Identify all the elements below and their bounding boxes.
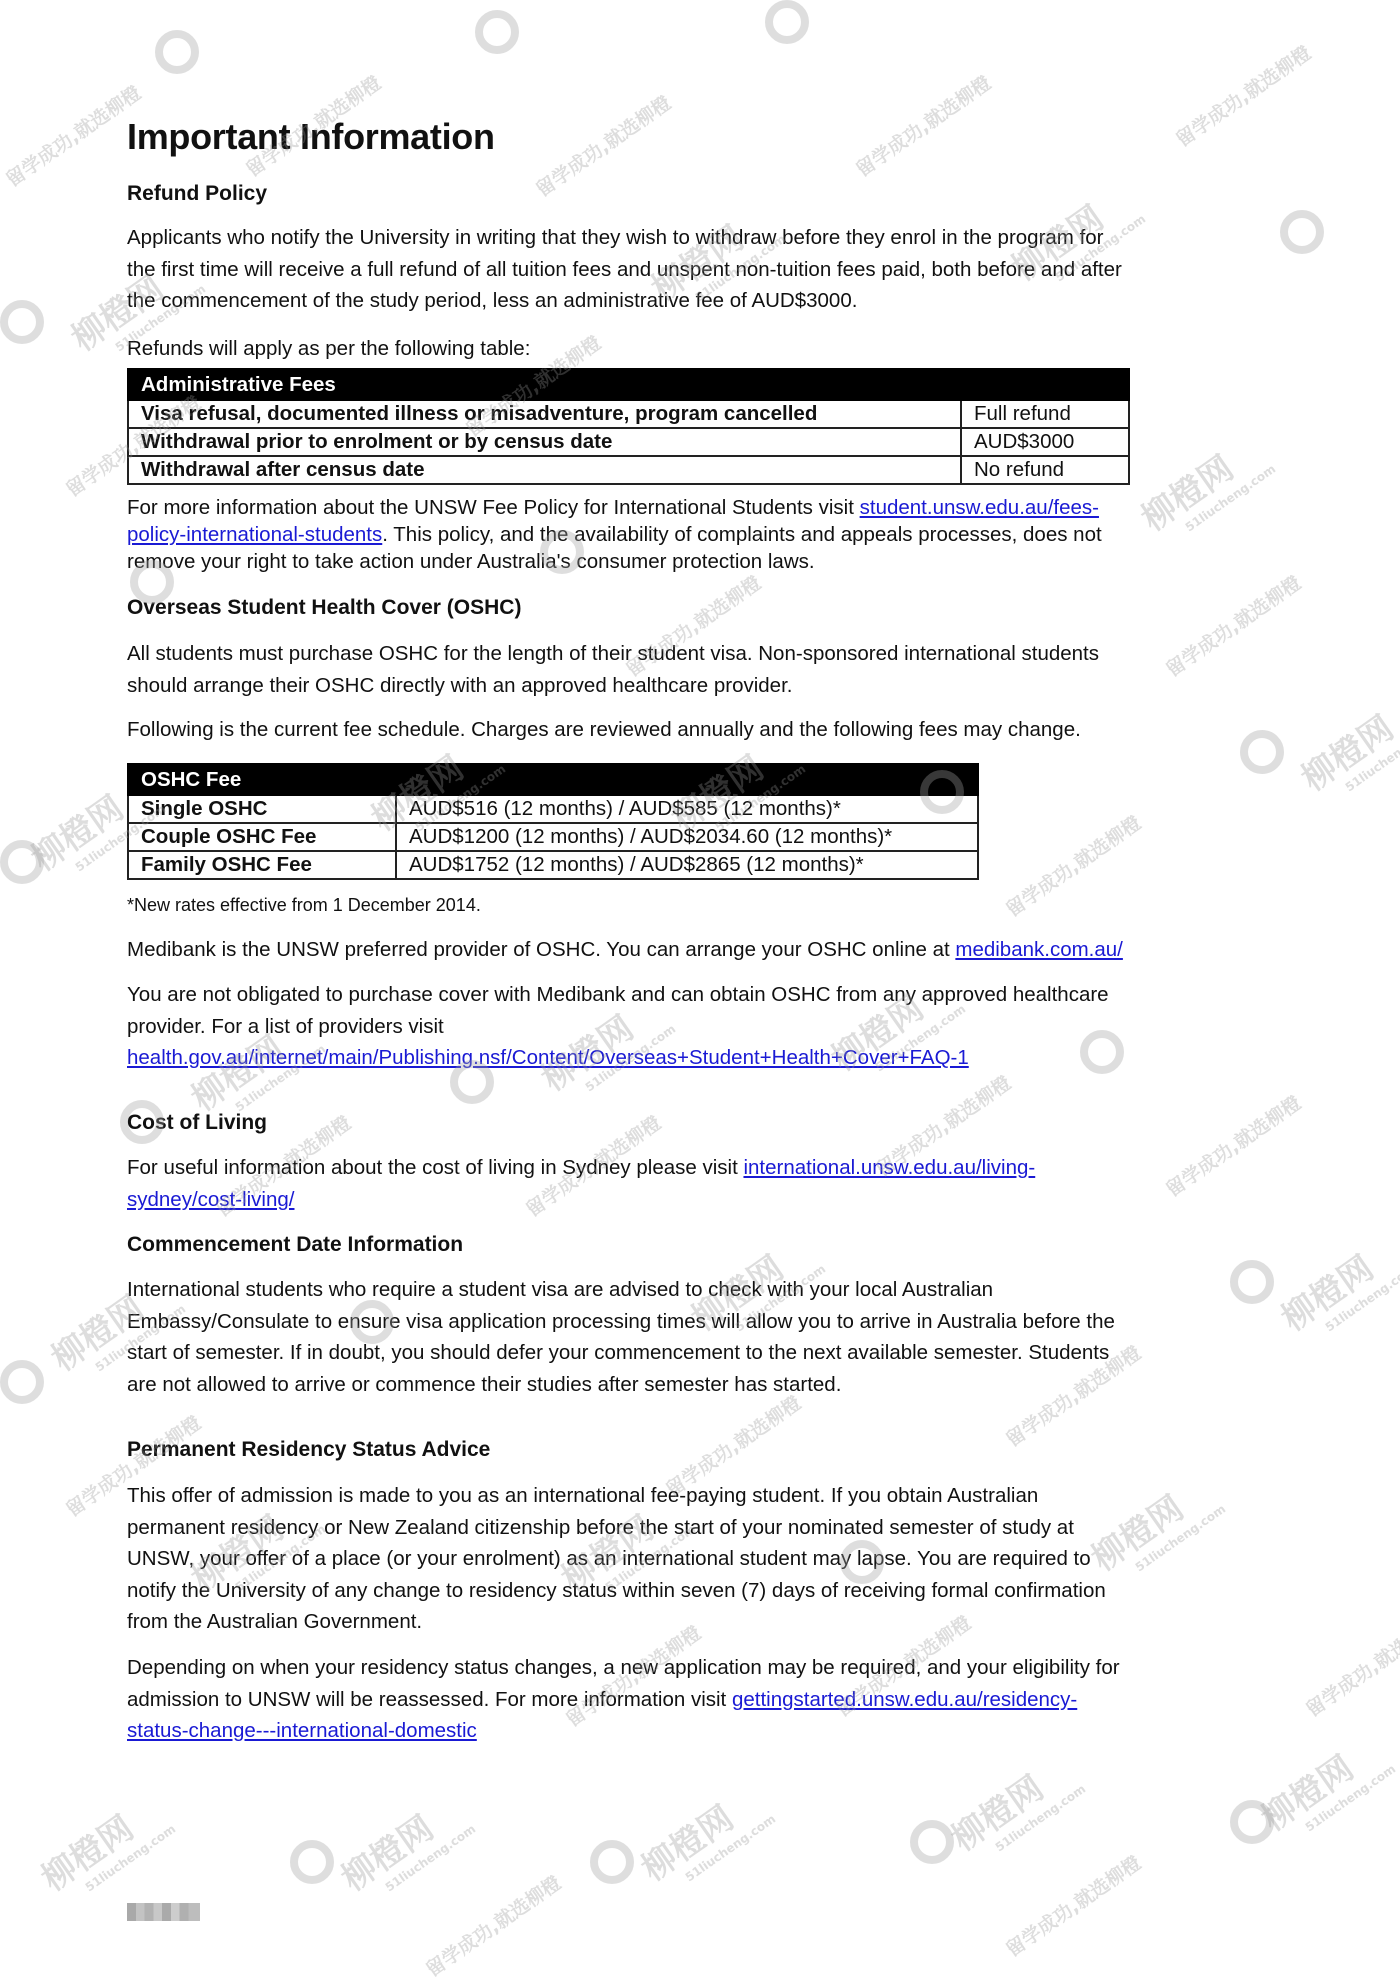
table-header-row: Administrative Fees [128, 369, 1129, 400]
watermark-slogan: 留学成功,就选柳橙 [1160, 1089, 1306, 1202]
watermark-logo-icon [290, 1840, 334, 1884]
watermark-logo-icon [590, 1840, 634, 1884]
text-line: notify the University of any change to r… [127, 1575, 1106, 1607]
watermark-brand: 柳橙网51liucheng.com [1290, 682, 1400, 812]
residency-heading: Permanent Residency Status Advice [127, 1438, 490, 1462]
table-row: Family OSHC Fee AUD$1752 (12 months) / A… [128, 851, 978, 879]
watermark-brand: 柳橙网51liucheng.com [940, 1742, 1088, 1872]
oshc-heading: Overseas Student Health Cover (OSHC) [127, 596, 521, 620]
redacted-page-number [127, 1903, 200, 1921]
watermark-logo-icon [765, 0, 809, 44]
cost-of-living-link[interactable]: international.unsw.edu.au/living- [743, 1156, 1035, 1179]
health-providers-link[interactable]: health.gov.au/internet/main/Publishing.n… [127, 1046, 969, 1069]
residency-change-paragraph: Depending on when your residency status … [127, 1652, 1120, 1747]
table-row: Couple OSHC Fee AUD$1200 (12 months) / A… [128, 823, 978, 851]
watermark-logo-icon [0, 1360, 44, 1404]
fee-policy-link-continued[interactable]: policy-international-students [127, 523, 382, 546]
refund-fees-table: Administrative Fees Visa refusal, docume… [127, 368, 1130, 485]
commencement-heading: Commencement Date Information [127, 1233, 463, 1257]
text-line: This offer of admission is made to you a… [127, 1480, 1106, 1512]
residency-status-link[interactable]: gettingstarted.unsw.edu.au/residency- [732, 1688, 1077, 1711]
residency-paragraph: This offer of admission is made to you a… [127, 1480, 1106, 1638]
text-line: For more information about the UNSW Fee … [127, 494, 1102, 521]
text-line: For useful information about the cost of… [127, 1152, 1035, 1184]
oshc-paragraph: All students must purchase OSHC for the … [127, 638, 1099, 701]
text-line: International students who require a stu… [127, 1274, 1115, 1306]
watermark-brand: 柳橙网51liucheng.com [1270, 1222, 1400, 1352]
watermark-logo-icon [1230, 1260, 1274, 1304]
text-line: from the Australian Government. [127, 1606, 1106, 1638]
watermark-logo-icon [910, 1820, 954, 1864]
text-line: UNSW, your offer of a place (or your enr… [127, 1543, 1106, 1575]
text-line: admission to UNSW will be reassessed. Fo… [127, 1684, 1120, 1716]
watermark-brand: 柳橙网51liucheng.com [1250, 1722, 1398, 1852]
oshc-type: Single OSHC [128, 795, 396, 823]
table-row: Single OSHC AUD$516 (12 months) / AUD$58… [128, 795, 978, 823]
providers-paragraph: You are not obligated to purchase cover … [127, 979, 1109, 1074]
watermark-logo-icon [155, 30, 199, 74]
text-line: Applicants who notify the University in … [127, 222, 1122, 254]
watermark-logo-icon [1240, 730, 1284, 774]
refund-policy-paragraph: Applicants who notify the University in … [127, 222, 1122, 317]
watermark-logo-icon [1280, 210, 1324, 254]
watermark-brand: 柳橙网51liucheng.com [30, 1782, 178, 1912]
watermark-logo-icon [475, 10, 519, 54]
text-line: are not allowed to arrive or commence th… [127, 1369, 1115, 1401]
medibank-link[interactable]: medibank.com.au/ [955, 938, 1123, 961]
text-line: Embassy/Consulate to ensure visa applica… [127, 1306, 1115, 1338]
watermark-slogan: 留学成功,就选柳橙 [1170, 39, 1316, 152]
table-header-row: OSHC Fee [128, 764, 978, 795]
text-line: the commencement of the study period, le… [127, 285, 1122, 317]
watermark-slogan: 留学成功,就选柳橙 [0, 79, 146, 192]
watermark-slogan: 留学成功,就选柳橙 [530, 89, 676, 202]
text-line: start of semester. If in doubt, you shou… [127, 1337, 1115, 1369]
text-line: should arrange their OSHC directly with … [127, 670, 1099, 702]
text-line: provider. For a list of providers visit [127, 1011, 1109, 1043]
fee-policy-paragraph: For more information about the UNSW Fee … [127, 494, 1102, 575]
text-line: permanent residency or New Zealand citiz… [127, 1512, 1106, 1544]
watermark-logo-icon [0, 840, 44, 884]
cost-of-living-paragraph: For useful information about the cost of… [127, 1152, 1035, 1215]
refund-condition: Withdrawal after census date [128, 456, 961, 484]
text-line: Depending on when your residency status … [127, 1652, 1120, 1684]
cost-of-living-heading: Cost of Living [127, 1111, 267, 1135]
watermark-brand: 柳橙网51liucheng.com [1130, 422, 1278, 552]
watermark-slogan: 留学成功,就选柳橙 [1000, 1849, 1146, 1962]
medibank-paragraph: Medibank is the UNSW preferred provider … [127, 934, 1123, 966]
watermark-brand: 柳橙网51liucheng.com [330, 1782, 478, 1912]
watermark-logo-icon [0, 300, 44, 344]
refund-amount: AUD$3000 [961, 428, 1129, 456]
page-title: Important Information [127, 116, 495, 158]
text-line: remove your right to take action under A… [127, 548, 1102, 575]
watermark-slogan: 留学成功,就选柳橙 [420, 1869, 566, 1980]
residency-status-link-continued[interactable]: status-change---international-domestic [127, 1719, 477, 1742]
text-line: the first time will receive a full refun… [127, 254, 1122, 286]
fee-policy-link[interactable]: student.unsw.edu.au/fees- [860, 496, 1099, 519]
refund-policy-heading: Refund Policy [127, 182, 267, 206]
oshc-fees-table: OSHC Fee Single OSHC AUD$516 (12 months)… [127, 763, 979, 880]
cost-of-living-link-continued[interactable]: sydney/cost-living/ [127, 1188, 294, 1211]
watermark-slogan: 留学成功,就选柳橙 [1160, 569, 1306, 682]
oshc-footnote: *New rates effective from 1 December 201… [127, 890, 481, 922]
oshc-fee: AUD$1752 (12 months) / AUD$2865 (12 mont… [396, 851, 978, 879]
refund-table-intro: Refunds will apply as per the following … [127, 333, 530, 365]
text-line: policy-international-students. This poli… [127, 521, 1102, 548]
oshc-fee: AUD$1200 (12 months) / AUD$2034.60 (12 m… [396, 823, 978, 851]
table-row: Withdrawal prior to enrolment or by cens… [128, 428, 1129, 456]
watermark-slogan: 留学成功,就选柳橙 [850, 69, 996, 182]
oshc-type: Couple OSHC Fee [128, 823, 396, 851]
commencement-paragraph: International students who require a stu… [127, 1274, 1115, 1400]
refund-condition: Visa refusal, documented illness or misa… [128, 400, 961, 428]
watermark-slogan: 留学成功,就选柳橙 [1300, 1609, 1400, 1722]
table-header: OSHC Fee [128, 764, 978, 795]
table-row: Withdrawal after census date No refund [128, 456, 1129, 484]
refund-amount: Full refund [961, 400, 1129, 428]
text-line: All students must purchase OSHC for the … [127, 638, 1099, 670]
table-row: Visa refusal, documented illness or misa… [128, 400, 1129, 428]
refund-condition: Withdrawal prior to enrolment or by cens… [128, 428, 961, 456]
refund-amount: No refund [961, 456, 1129, 484]
text-line: You are not obligated to purchase cover … [127, 979, 1109, 1011]
table-header: Administrative Fees [128, 369, 1129, 400]
watermark-brand: 柳橙网51liucheng.com [630, 1772, 778, 1902]
watermark-logo-icon [1230, 1800, 1274, 1844]
oshc-fee: AUD$516 (12 months) / AUD$585 (12 months… [396, 795, 978, 823]
watermark-slogan: 留学成功,就选柳橙 [1000, 809, 1146, 922]
fee-schedule-paragraph: Following is the current fee schedule. C… [127, 714, 1081, 746]
document-page: Important Information Refund Policy Appl… [0, 0, 1400, 1980]
oshc-type: Family OSHC Fee [128, 851, 396, 879]
